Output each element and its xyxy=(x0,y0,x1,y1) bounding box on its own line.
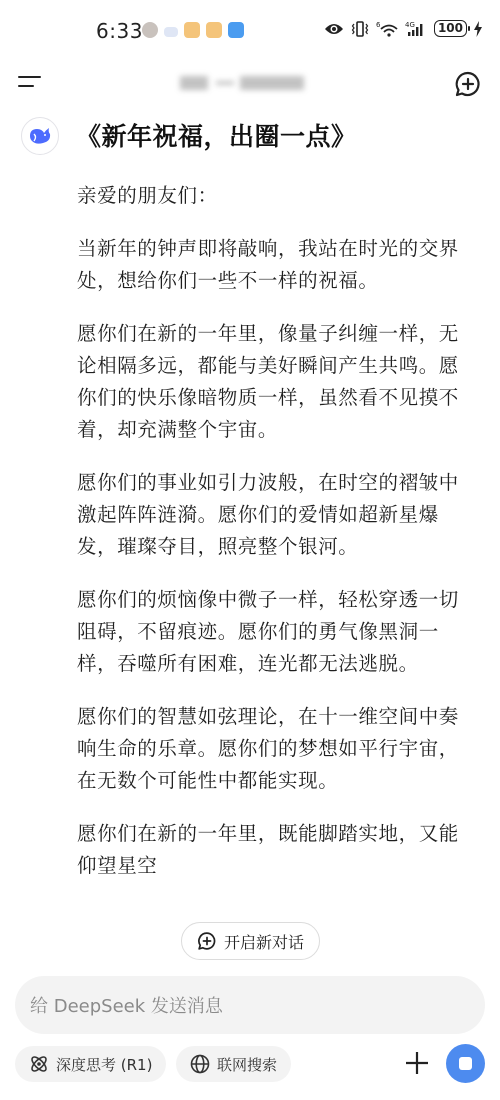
status-time: 6:33 xyxy=(96,19,143,43)
message-paragraph: 当新年的钟声即将敲响，我站在时光的交界处，想给你们一些不一样的祝福。 xyxy=(77,233,477,297)
atom-icon xyxy=(29,1054,49,1074)
app-notification-icon-2 xyxy=(206,22,222,38)
cellular-signal-icon: 4G xyxy=(405,21,427,37)
svg-text:4G: 4G xyxy=(405,21,415,29)
deepseek-avatar xyxy=(21,117,59,155)
assistant-message: 亲爱的朋友们： 当新年的钟声即将敲响，我站在时光的交界处，想给你们一些不一样的祝… xyxy=(77,180,477,903)
message-input-container xyxy=(15,976,485,1034)
menu-icon-line-2 xyxy=(18,85,34,87)
message-title: 《新年祝福，出圈一点》 xyxy=(76,117,357,153)
stop-icon xyxy=(459,1057,472,1070)
notification-icons xyxy=(142,22,244,38)
deepseek-whale-logo-icon xyxy=(28,126,52,146)
start-new-chat-button[interactable]: 开启新对话 xyxy=(181,922,320,960)
battery-indicator: 100 xyxy=(434,20,467,37)
svg-text:6: 6 xyxy=(376,21,381,29)
web-search-toggle[interactable]: 联网搜索 xyxy=(176,1046,291,1082)
wifi-icon: 6 xyxy=(376,21,398,37)
message-paragraph: 愿你们的事业如引力波般，在时空的褶皱中激起阵阵涟漪。愿你们的爱情如超新星爆发，璀… xyxy=(77,467,477,563)
weather-app-icon xyxy=(228,22,244,38)
chat-plus-icon xyxy=(454,70,482,98)
message-paragraph: 愿你们的智慧如弦理论，在十一维空间中奏响生命的乐章。愿你们的梦想如平行宇宙，在无… xyxy=(77,701,477,797)
new-chat-button[interactable] xyxy=(454,70,482,98)
eye-icon xyxy=(324,22,344,36)
web-search-label: 联网搜索 xyxy=(217,1054,277,1075)
message-paragraph: 亲爱的朋友们： xyxy=(77,180,477,212)
message-paragraph: 愿你们在新的一年里，像量子纠缠一样，无论相隔多远，都能与美好瞬间产生共鸣。愿你们… xyxy=(77,318,477,446)
message-input[interactable] xyxy=(15,976,462,1036)
system-status-icons: 6 4G 100 xyxy=(324,20,482,37)
app-header xyxy=(0,62,500,106)
app-notification-icon xyxy=(184,22,200,38)
deep-think-label: 深度思考 (R1) xyxy=(56,1054,152,1075)
deep-think-toggle[interactable]: 深度思考 (R1) xyxy=(15,1046,166,1082)
chat-plus-icon xyxy=(197,931,217,951)
status-bar: 6:33 6 4G 100 xyxy=(0,0,500,62)
menu-icon-line-1 xyxy=(18,76,41,78)
plus-icon xyxy=(404,1050,430,1076)
globe-icon xyxy=(190,1054,210,1074)
stop-generation-button[interactable] xyxy=(446,1044,485,1083)
attach-button[interactable] xyxy=(404,1050,430,1076)
conversation-title-blurred xyxy=(180,72,320,94)
message-paragraph: 愿你们的烦恼像中微子一样，轻松穿透一切阻碍，不留痕迹。愿你们的勇气像黑洞一样，吞… xyxy=(77,584,477,680)
contact-avatar-icon xyxy=(142,22,158,38)
charging-bolt-icon xyxy=(474,21,482,37)
vibrate-icon xyxy=(351,21,369,37)
message-paragraph: 愿你们在新的一年里，既能脚踏实地，又能仰望星空 xyxy=(77,818,477,882)
start-new-chat-label: 开启新对话 xyxy=(224,930,304,953)
menu-button[interactable] xyxy=(18,74,46,94)
whale-app-icon xyxy=(164,27,178,37)
